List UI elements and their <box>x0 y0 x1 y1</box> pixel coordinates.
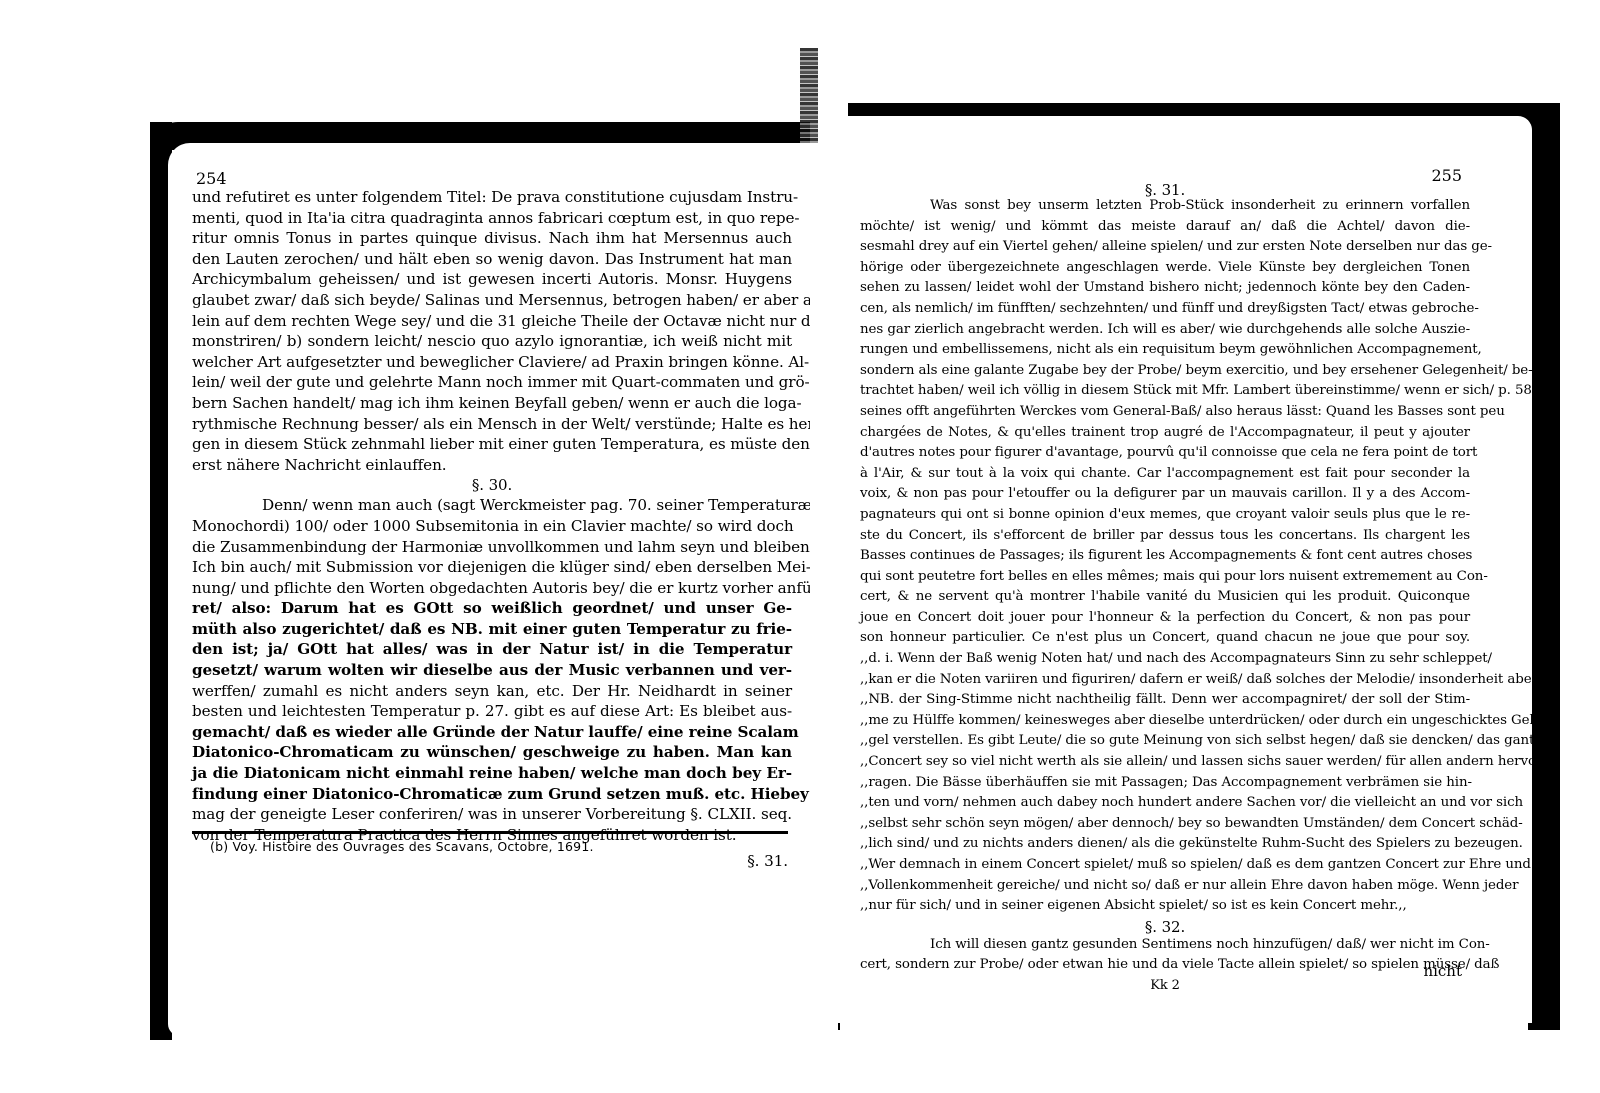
text-line: ,,selbst sehr schön seyn mögen/ aber den… <box>860 814 1470 835</box>
text-line: Archicymbalum geheissen/ und ist gewesen… <box>192 269 792 290</box>
text-line: glaubet zwar/ daß sich beyde/ Salinas un… <box>192 290 792 311</box>
text-line: hörige oder übergezeichnete angeschlagen… <box>860 258 1470 279</box>
text-line: rungen und embellissemens, nicht als ein… <box>860 340 1470 361</box>
text-line: ,,NB. der Sing-Stimme nicht nachtheilig … <box>860 690 1470 711</box>
text-line: ,,Wer demnach in einem Concert spielet/ … <box>860 855 1470 876</box>
text-line: ,,ragen. Die Bässe überhäuffen sie mit P… <box>860 773 1470 794</box>
text-line: und refutiret es unter folgendem Titel: … <box>192 187 792 208</box>
text-line: à l'Air, & sur tout à la voix qui chante… <box>860 464 1470 485</box>
scan-border-right-page-side <box>1528 110 1560 1030</box>
page-number-left: 254 <box>196 169 227 188</box>
text-line: sehen zu lassen/ leidet wohl der Umstand… <box>860 278 1470 299</box>
text-line: ,,gel verstellen. Es gibt Leute/ die so … <box>860 731 1470 752</box>
text-line: mag der geneigte Leser conferiren/ was i… <box>192 804 792 825</box>
text-line: voix, & non pas pour l'etouffer ou la de… <box>860 484 1470 505</box>
text-line: möchte/ ist wenig/ und kömmt das meiste … <box>860 217 1470 238</box>
left-page-body: und refutiret es unter folgendem Titel: … <box>192 187 792 872</box>
text-line: erst nähere Nachricht einlauffen. <box>192 455 792 476</box>
section-heading-30: §. 30. <box>192 475 792 495</box>
text-line: ,,nur für sich/ und in seiner eigenen Ab… <box>860 896 1470 917</box>
text-line: ritur omnis Tonus in partes quinque divi… <box>192 228 792 249</box>
text-line: chargées de Notes, & qu'elles trainent t… <box>860 423 1470 444</box>
text-line: Diatonico-Chromaticam zu wünschen/ gesch… <box>192 742 792 763</box>
text-line: Denn/ wenn man auch (sagt Werckmeister p… <box>192 495 792 516</box>
text-line: die Zusammenbindung der Harmoniæ unvollk… <box>192 537 792 558</box>
text-line: qui sont peutetre fort belles en elles m… <box>860 567 1470 588</box>
text-line: cen, als nemlich/ im fünfften/ sechzehnt… <box>860 299 1470 320</box>
text-line: ,,d. i. Wenn der Baß wenig Noten hat/ un… <box>860 649 1470 670</box>
text-line: cert, & ne servent qu'à montrer l'habile… <box>860 587 1470 608</box>
text-line: welcher Art aufgesetzter und beweglicher… <box>192 352 792 373</box>
text-line: werffen/ zumahl es nicht anders seyn kan… <box>192 681 792 702</box>
text-line: sesmahl drey auf ein Viertel gehen/ alle… <box>860 237 1470 258</box>
right-page: 255 §. 31. Was sonst bey unserm letzten … <box>838 116 1532 1023</box>
text-line: cert, sondern zur Probe/ oder etwan hie … <box>860 955 1470 976</box>
text-line: lein auf dem rechten Wege sey/ und die 3… <box>192 311 792 332</box>
text-line: seines offt angeführten Werckes vom Gene… <box>860 402 1470 423</box>
text-line: müth also zugerichtet/ daß es NB. mit ei… <box>192 619 792 640</box>
text-line: Ich will diesen gantz gesunden Sentimens… <box>860 935 1470 956</box>
text-line: findung einer Diatonico-Chromaticæ zum G… <box>192 784 792 805</box>
text-line: bern Sachen handelt/ mag ich ihm keinen … <box>192 393 792 414</box>
text-line: Basses continues de Passages; ils figure… <box>860 546 1470 567</box>
text-line: son honneur particulier. Ce n'est plus u… <box>860 628 1470 649</box>
text-line: d'autres notes pour figurer d'avantage, … <box>860 443 1470 464</box>
footnote: (b) Voy. Histoire des Ouvrages des Scava… <box>210 839 594 854</box>
text-line: ,,me zu Hülffe kommen/ keinesweges aber … <box>860 711 1470 732</box>
text-line: lein/ weil der gute und gelehrte Mann no… <box>192 372 792 393</box>
text-line: sondern als eine galante Zugabe bey der … <box>860 361 1470 382</box>
text-line: joue en Concert doit jouer pour l'honneu… <box>860 608 1470 629</box>
right-page-body: §. 31. Was sonst bey unserm letzten Prob… <box>860 180 1470 992</box>
catchword-left: §. 31. <box>192 851 792 872</box>
text-line: monstriren/ b) sondern leicht/ nescio qu… <box>192 331 792 352</box>
signature-mark: Kk 2 <box>860 976 1470 992</box>
text-line: ,,Vollenkommenheit gereiche/ und nicht s… <box>860 876 1470 897</box>
text-line: ste du Concert, ils s'efforcent de brill… <box>860 526 1470 547</box>
text-line: menti, quod in Ita'ia citra quadraginta … <box>192 208 792 229</box>
text-line: ja die Diatonicam nicht einmahl reine ha… <box>192 763 792 784</box>
section-heading-31: §. 31. <box>860 180 1470 196</box>
footnote-rule <box>192 831 788 834</box>
text-line: Monochordi) 100/ oder 1000 Subsemitonia … <box>192 516 792 537</box>
text-line: rythmische Rechnung besser/ als ein Mens… <box>192 414 792 435</box>
text-line: gesetzt/ warum wolten wir dieselbe aus d… <box>192 660 792 681</box>
text-line: ,,ten und vorn/ nehmen auch dabey noch h… <box>860 793 1470 814</box>
text-line: ,,Concert sey so viel nicht werth als si… <box>860 752 1470 773</box>
catchword-right: nicht <box>1423 962 1462 980</box>
text-line: Ich bin auch/ mit Submission vor diejeni… <box>192 557 792 578</box>
text-line: ,,kan er die Noten variiren und figurire… <box>860 670 1470 691</box>
section-heading-32: §. 32. <box>860 917 1470 935</box>
text-line: nung/ und pflichte den Worten obgedachte… <box>192 578 792 599</box>
text-line: besten und leichtesten Temperatur p. 27.… <box>192 701 792 722</box>
text-line: den ist; ja/ GOtt hat alles/ was in der … <box>192 639 792 660</box>
text-line: nes gar zierlich angebracht werden. Ich … <box>860 320 1470 341</box>
text-line: gemacht/ daß es wieder alle Gründe der N… <box>192 722 792 743</box>
text-line: gen in diesem Stück zehnmahl lieber mit … <box>192 434 792 455</box>
text-line: Was sonst bey unserm letzten Prob-Stück … <box>860 196 1470 217</box>
text-line: ret/ also: Darum hat es GOtt so weißlich… <box>192 598 792 619</box>
text-line: trachtet haben/ weil ich völlig in diese… <box>860 381 1470 402</box>
text-line: pagnateurs qui ont si bonne opinion d'eu… <box>860 505 1470 526</box>
text-line: den Lauten zerochen/ und hält eben so we… <box>192 249 792 270</box>
left-page: 254 und refutiret es unter folgendem Tit… <box>168 143 810 1036</box>
text-line: ,,lich sind/ und zu nichts anders dienen… <box>860 834 1470 855</box>
gutter-scan-noise <box>800 48 818 143</box>
